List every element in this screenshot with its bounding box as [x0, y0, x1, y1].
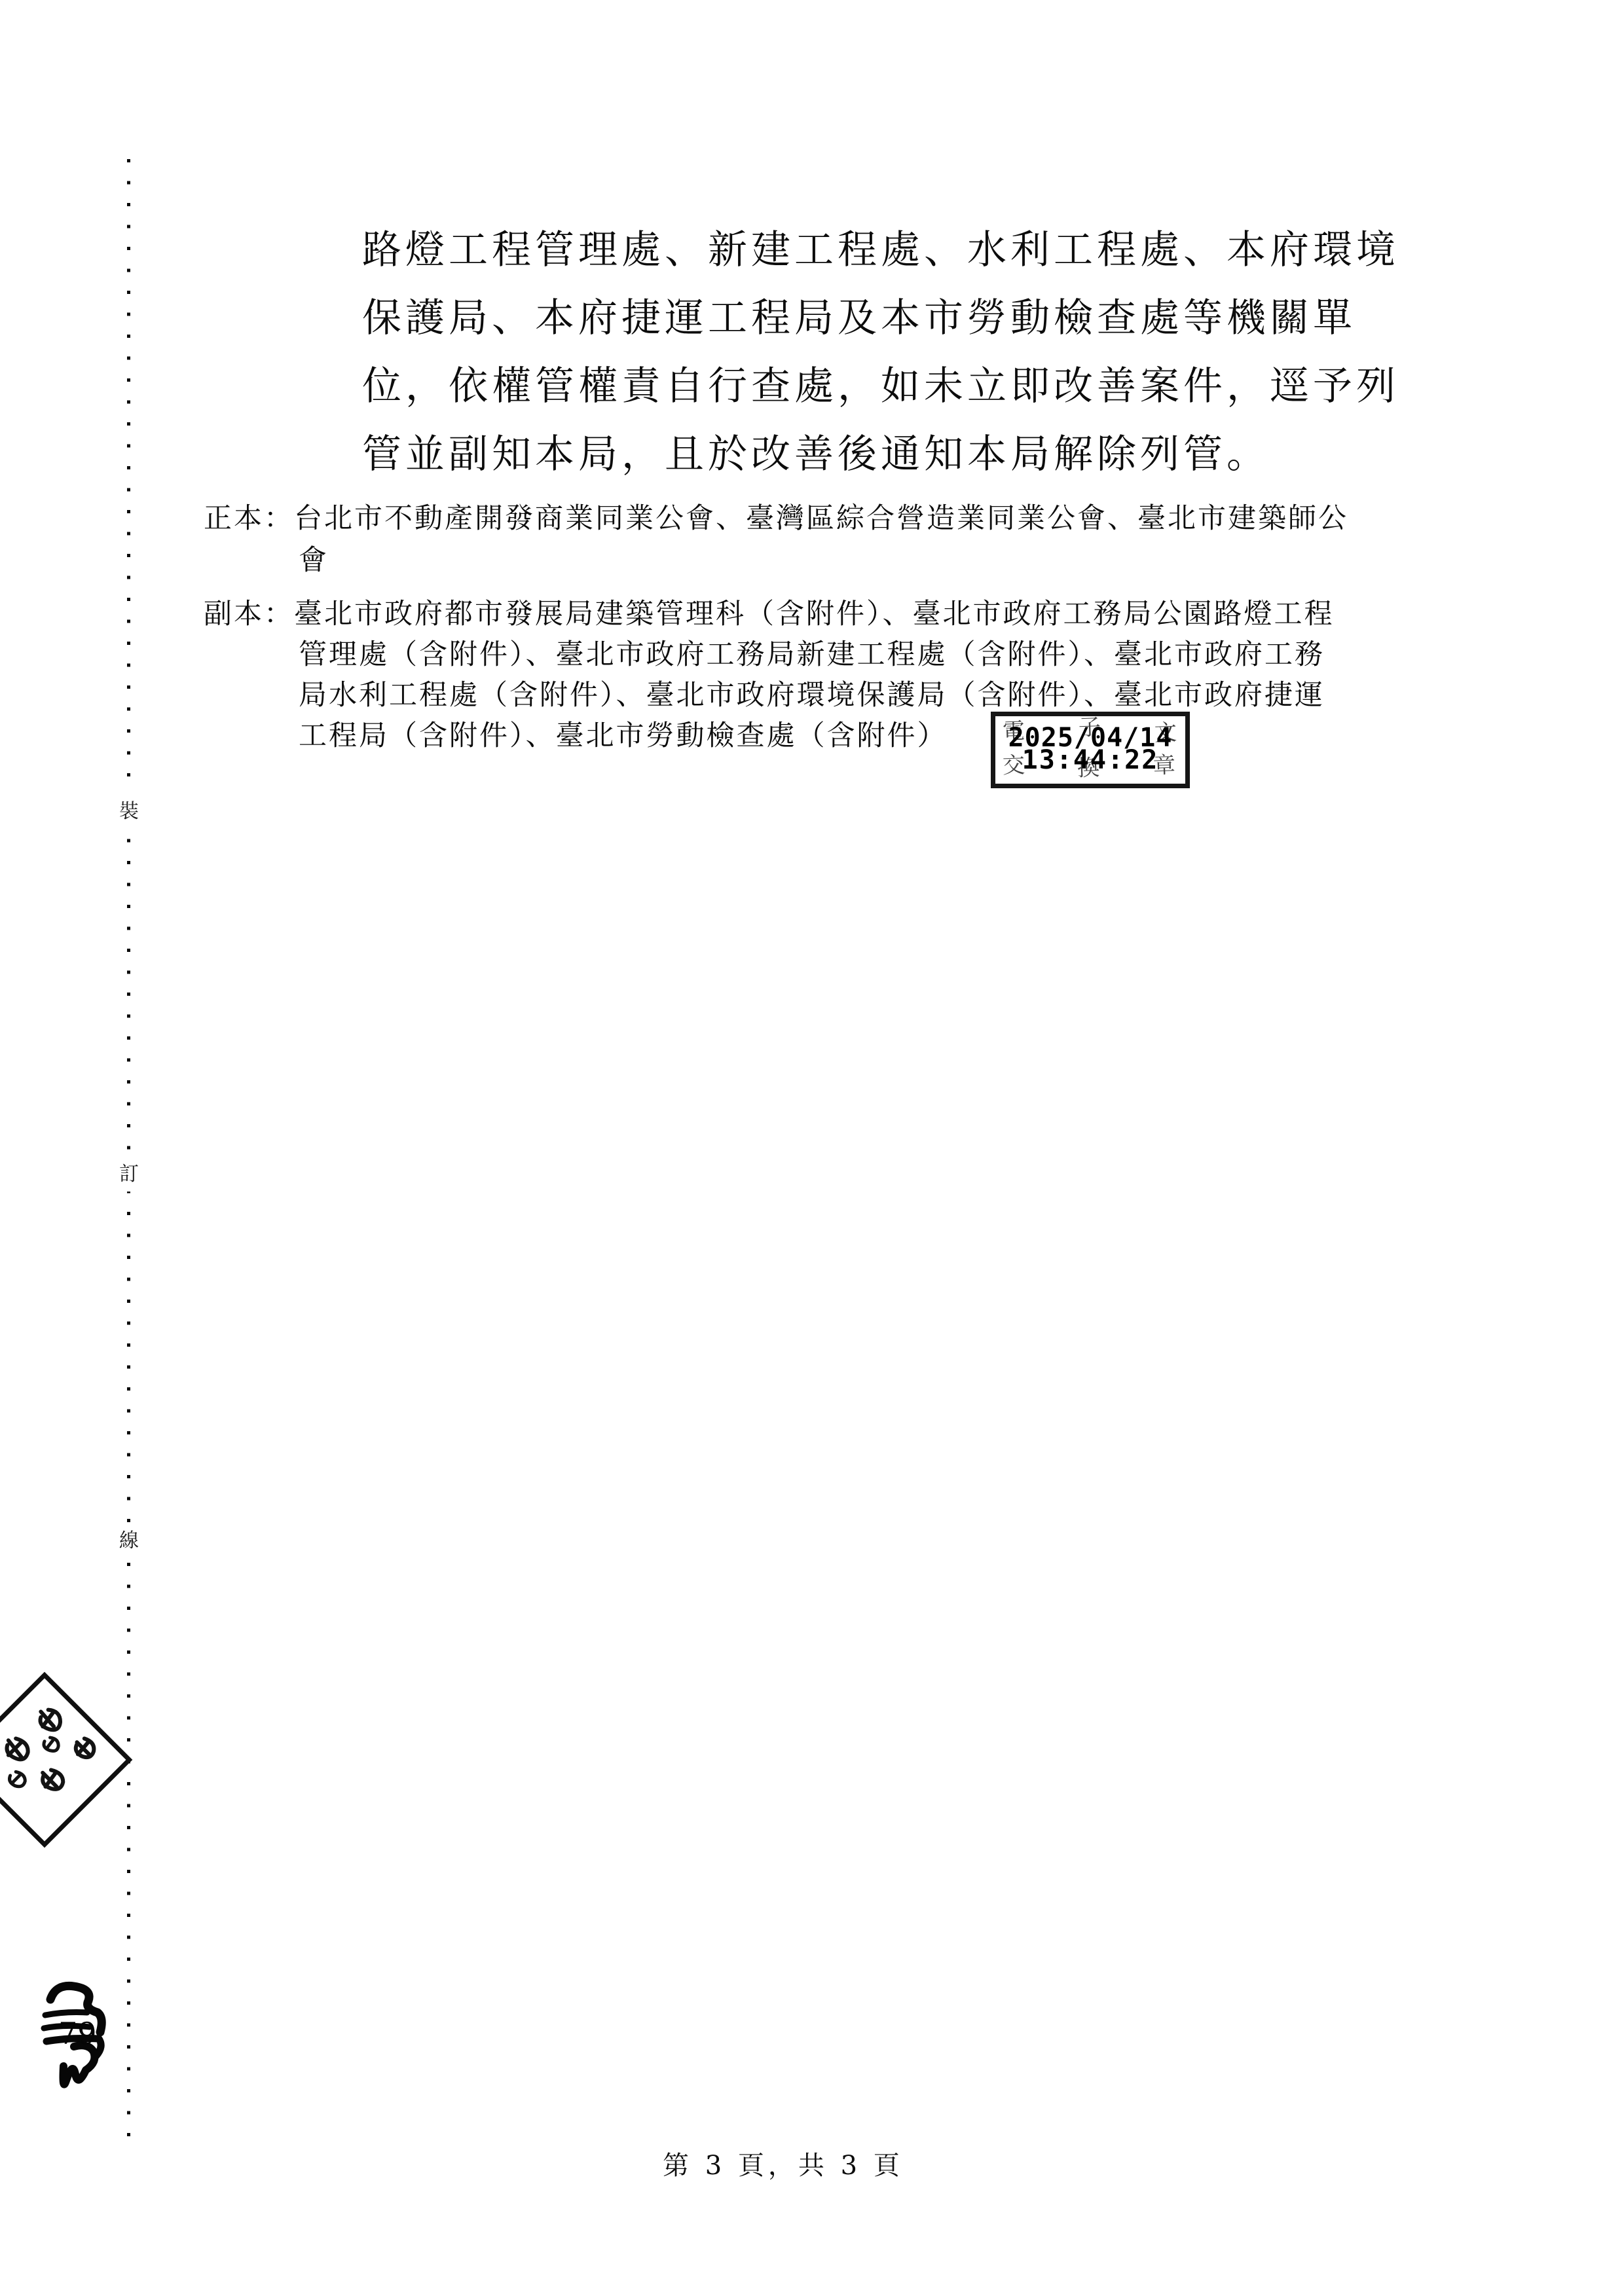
paragraph-line-1: 路燈工程管理處、新建工程處、水利工程處、本府環境 — [362, 216, 1436, 284]
recipient-original-wrap-line: 會 — [299, 543, 329, 577]
binding-label-zhuang: 裝 — [117, 795, 141, 829]
binding-label-ding: 訂 — [117, 1157, 141, 1192]
recipient-copy-line: 副本：臺北市政府都市發展局建築管理科（含附件）、臺北市政府工務局公園路燈工程 — [204, 597, 1335, 631]
handwritten-scribble-icon: 79 — [36, 1978, 118, 2100]
page-number-footer: 第 3 頁，共 3 頁 — [663, 2145, 904, 2182]
binding-dotted-line — [127, 159, 130, 2138]
handwritten-number: 79 — [58, 2016, 97, 2051]
paragraph-line-2: 保護局、本府捷運工程局及本市勞動檢查處等機關單 — [362, 284, 1436, 352]
recipient-copy-wrap-line-3: 工程局（含附件）、臺北市勞動檢查處（含附件） — [299, 719, 948, 753]
corner-seal-glyphs-icon — [0, 1679, 126, 1842]
paragraph-line-4: 管並副知本局，且於改善後通知本局解除列管。 — [362, 420, 1436, 488]
body-paragraph: 路燈工程管理處、新建工程處、水利工程處、本府環境 保護局、本府捷運工程局及本市勞… — [362, 216, 1436, 488]
stamp-time: 13:44:22 — [995, 745, 1185, 775]
binding-label-xian: 線 — [117, 1524, 141, 1558]
electronic-exchange-stamp: 電 子 文 交 換 章 2025/04/14 13:44:22 — [991, 712, 1190, 788]
recipient-original-line: 正本：台北市不動產開發商業同業公會、臺灣區綜合營造業同業公會、臺北市建築師公 — [204, 501, 1348, 536]
handwritten-mark: 79 — [36, 1978, 118, 2102]
paragraph-line-3: 位，依權管權責自行查處，如未立即改善案件，逕予列 — [362, 352, 1436, 420]
recipient-copy-wrap-line-2: 局水利工程處（含附件）、臺北市政府環境保護局（含附件）、臺北市政府捷運 — [299, 678, 1325, 712]
recipient-copy-wrap-line-1: 管理處（含附件）、臺北市政府工務局新建工程處（含附件）、臺北市政府工務 — [299, 638, 1325, 672]
corner-seal-stamp — [0, 1672, 132, 1848]
document-page: 裝 訂 線 路燈工程管理處、新建工程處、水利工程處、本府環境 保護局、本府捷運工… — [0, 0, 1624, 2296]
